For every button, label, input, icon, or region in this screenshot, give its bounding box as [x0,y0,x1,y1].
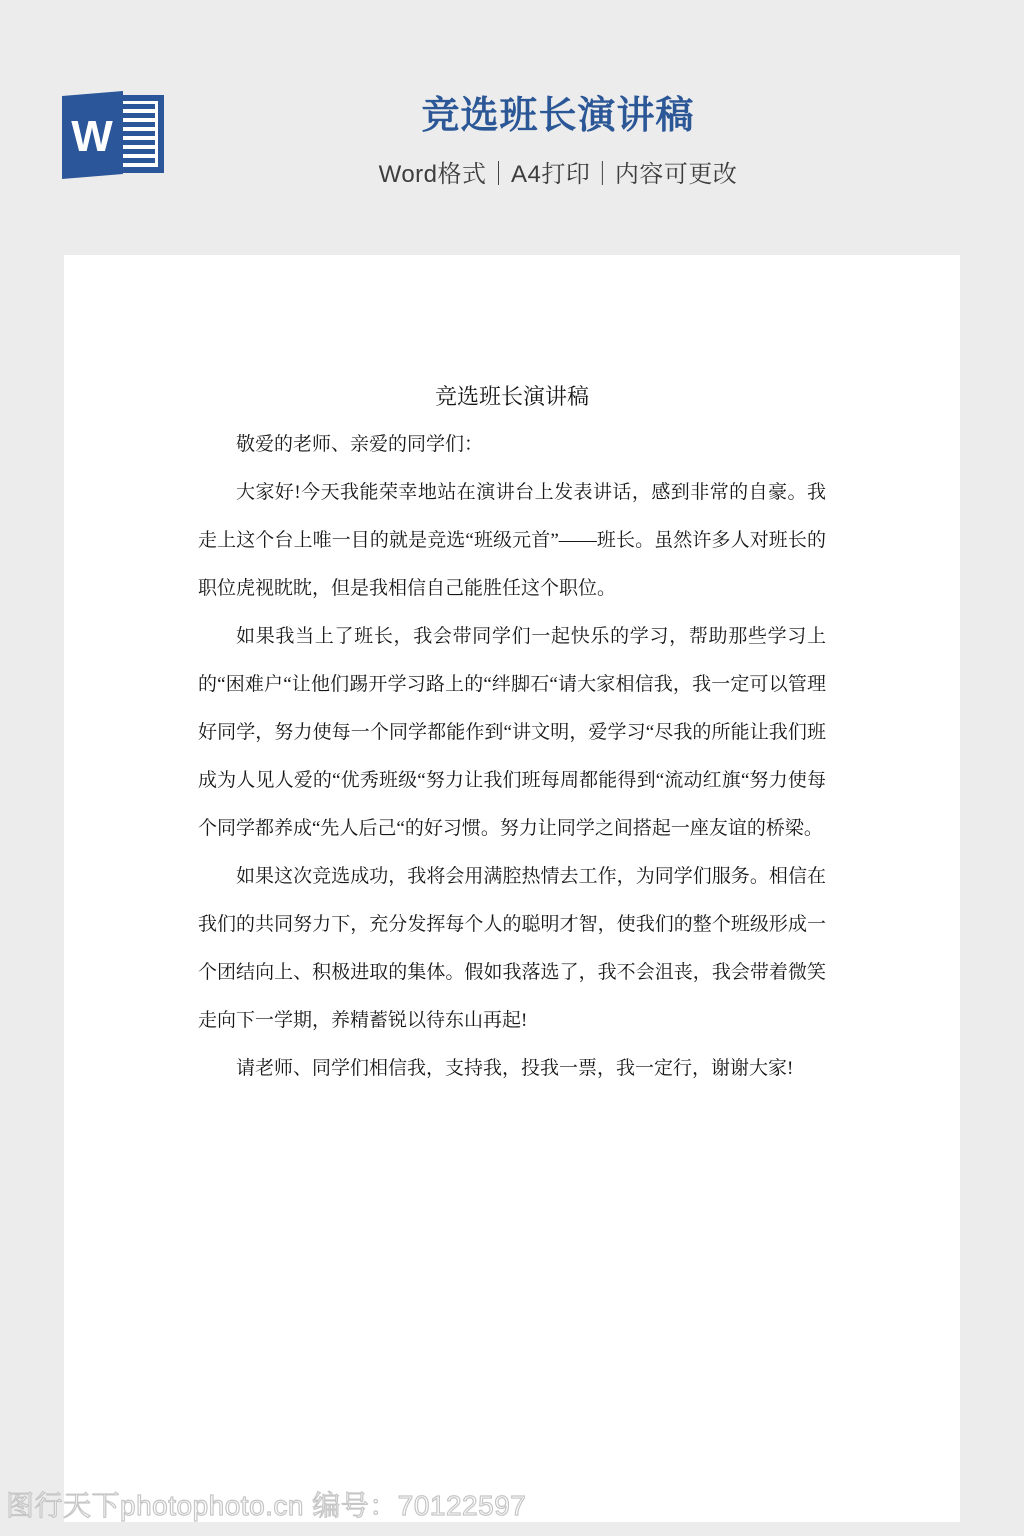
header-text-block: 竞选班长演讲稿 Word格式｜A4打印｜内容可更改 [92,94,1024,189]
document-body: 敬爱的老师、亲爱的同学们： 大家好!今天我能荣幸地站在演讲台上发表讲话，感到非常… [198,421,826,1093]
paragraph: 请老师、同学们相信我，支持我，投我一票，我一定行，谢谢大家! [198,1045,826,1093]
document-page: 竞选班长演讲稿 敬爱的老师、亲爱的同学们： 大家好!今天我能荣幸地站在演讲台上发… [64,255,960,1522]
paragraph: 如果我当上了班长，我会带同学们一起快乐的学习，帮助那些学习上的“困难户“让他们踢… [198,613,826,853]
paragraph: 敬爱的老师、亲爱的同学们： [198,421,826,469]
watermark: 图行天下photophoto.cn 编号：70122597 [6,1489,526,1523]
page-title: 竞选班长演讲稿 [92,94,1024,138]
document-title: 竞选班长演讲稿 [198,373,826,421]
paragraph: 如果这次竞选成功，我将会用满腔热情去工作，为同学们服务。相信在我们的共同努力下，… [198,853,826,1045]
page-subtitle: Word格式｜A4打印｜内容可更改 [92,154,1024,189]
paragraph: 大家好!今天我能荣幸地站在演讲台上发表讲话，感到非常的自豪。我走上这个台上唯一目… [198,469,826,613]
document-content: 竞选班长演讲稿 敬爱的老师、亲爱的同学们： 大家好!今天我能荣幸地站在演讲台上发… [64,255,960,1093]
header: W 竞选班长演讲稿 Word格式｜A4打印｜内容可更改 [0,0,1024,230]
